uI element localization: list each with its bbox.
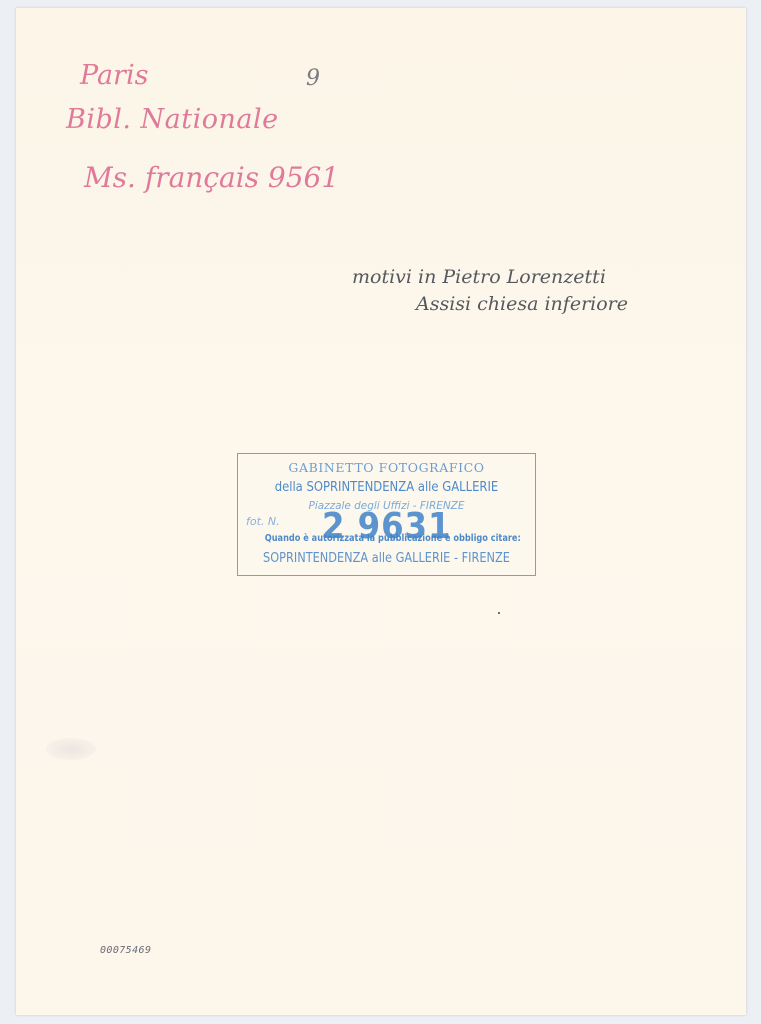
archive-stamp: GABINETTO FOTOGRAFICO della SOPRINTENDEN…: [237, 453, 536, 576]
stamp-credit: SOPRINTENDENZA alle GALLERIE - FIRENZE: [262, 550, 511, 566]
pencil-note-line1: motivi in Pietro Lorenzetti: [352, 266, 606, 288]
handwritten-library: Bibl. Nationale: [66, 104, 279, 135]
ink-speck: [498, 612, 500, 614]
stamp-institution: della SOPRINTENDENZA alle GALLERIE: [259, 479, 514, 495]
photo-number: 2 9631: [322, 506, 451, 547]
handwritten-manuscript: Ms. français 9561: [84, 161, 339, 194]
stamp-title: GABINETTO FOTOGRAFICO: [238, 460, 535, 475]
pencil-note-line2: Assisi chiesa inferiore: [416, 293, 628, 315]
handwritten-location: Paris: [80, 60, 148, 91]
handwritten-number: 9: [306, 66, 320, 91]
paper-smudge: [46, 738, 96, 760]
photo-verso-paper: Paris Bibl. Nationale Ms. français 9561 …: [16, 8, 746, 1015]
inventory-number: 00075469: [100, 945, 151, 956]
stamp-fot-label: fot. N.: [246, 515, 280, 528]
